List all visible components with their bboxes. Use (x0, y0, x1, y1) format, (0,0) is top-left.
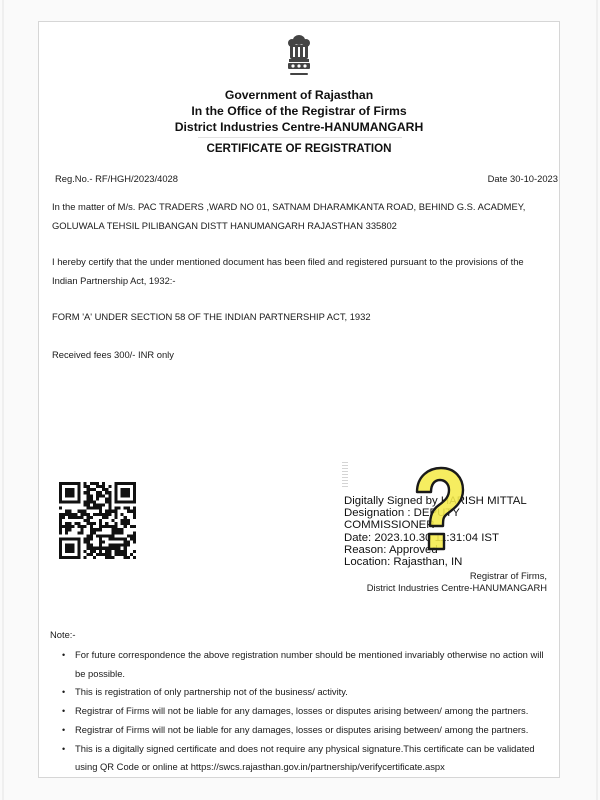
note-item: This is registration of only partnership… (60, 683, 550, 702)
header-office: In the Office of the Registrar of Firms (38, 103, 560, 120)
notes-list: For future correspondence the above regi… (60, 646, 550, 777)
note-item: Registrar of Firms will not be liable fo… (60, 702, 550, 721)
fees-received: Received fees 300/- INR only (52, 348, 174, 361)
registrar-office: District Industries Centre-HANUMANGARH (367, 581, 547, 594)
header-government: Government of Rajasthan (38, 87, 560, 104)
certificate-title: CERTIFICATE OF REGISTRATION (38, 142, 560, 155)
form-description: FORM 'A' UNDER SECTION 58 OF THE INDIAN … (52, 310, 371, 323)
certificate-date: Date 30-10-2023 (488, 172, 558, 185)
viewer-right-edge (596, 0, 598, 800)
note-label: Note:- (50, 628, 76, 641)
qr-code-icon (59, 482, 136, 559)
note-item: Registrar of Firms will not be liable fo… (60, 721, 550, 740)
note-item: For future correspondence the above regi… (60, 646, 550, 683)
viewer-left-edge (2, 0, 4, 800)
registration-number: Reg.No.- RF/HGH/2023/4028 (55, 172, 178, 185)
certify-line-2: Indian Partnership Act, 1932:- (52, 274, 176, 287)
state-emblem-icon (281, 32, 317, 80)
header-district: District Industries Centre-HANUMANGARH (38, 119, 560, 136)
signature-unverified-question-icon[interactable] (413, 466, 465, 558)
signature-metadata-mark (342, 462, 348, 488)
matter-line-1: In the matter of M/s. PAC TRADERS ,WARD … (52, 200, 525, 213)
note-item: This is a digitally signed certificate a… (60, 740, 550, 777)
certify-line-1: I hereby certify that the under mentione… (52, 255, 524, 268)
header-divider (198, 137, 402, 138)
matter-line-2: GOLUWALA TEHSIL PILIBANGAN DISTT HANUMAN… (52, 219, 397, 232)
